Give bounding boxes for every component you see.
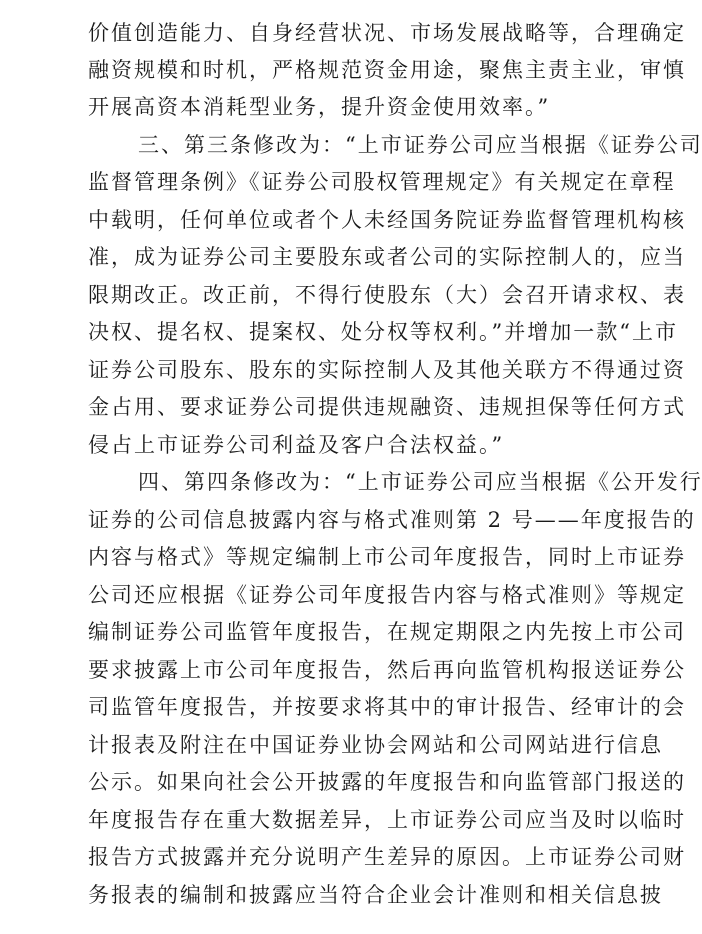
text-line: 金占用、要求证券公司提供违规融资、违规担保等任何方式 xyxy=(88,392,644,422)
text-line: 编制证券公司监管年度报告，在规定期限之内先按上市公司 xyxy=(88,617,644,647)
text-line: 内容与格式》等规定编制上市公司年度报告，同时上市证券 xyxy=(88,542,644,572)
text-line: 年度报告存在重大数据差异，上市证券公司应当及时以临时 xyxy=(88,805,644,835)
text-line: 证券公司股东、股东的实际控制人及其他关联方不得通过资 xyxy=(88,355,644,385)
text-line: 证券的公司信息披露内容与格式准则第 2 号——年度报告的 xyxy=(88,505,644,535)
text-line: 价值创造能力、自身经营状况、市场发展战略等，合理确定 xyxy=(88,18,644,48)
text-line: 公司还应根据《证券公司年度报告内容与格式准则》等规定 xyxy=(88,580,644,610)
text-line: 要求披露上市公司年度报告，然后再向监管机构报送证券公 xyxy=(88,655,644,685)
text-line: 务报表的编制和披露应当符合企业会计准则和相关信息披 xyxy=(88,880,644,910)
paragraph-start-line: 四、第四条修改为：“上市证券公司应当根据《公开发行 xyxy=(138,467,644,497)
text-line: 融资规模和时机，严格规范资金用途，聚焦主责主业，审慎 xyxy=(88,55,644,85)
text-line: 准，成为证券公司主要股东或者公司的实际控制人的，应当 xyxy=(88,242,644,272)
text-line: 限期改正。改正前，不得行使股东（大）会召开请求权、表 xyxy=(88,280,644,310)
text-line: 计报表及附注在中国证券业协会网站和公司网站进行信息 xyxy=(88,730,644,760)
text-line: 报告方式披露并充分说明产生差异的原因。上市证券公司财 xyxy=(88,842,644,872)
text-line: 侵占上市证券公司利益及客户合法权益。” xyxy=(88,430,644,460)
text-line: 司监管年度报告，并按要求将其中的审计报告、经审计的会 xyxy=(88,692,644,722)
text-line: 监督管理条例》《证券公司股权管理规定》有关规定在章程 xyxy=(88,167,644,197)
text-line: 中载明，任何单位或者个人未经国务院证券监督管理机构核 xyxy=(88,205,644,235)
document-page: 价值创造能力、自身经营状况、市场发展战略等，合理确定 融资规模和时机，严格规范资… xyxy=(0,0,702,934)
paragraph-start-line: 三、第三条修改为：“上市证券公司应当根据《证券公司 xyxy=(138,130,644,160)
text-line: 开展高资本消耗型业务，提升资金使用效率。” xyxy=(88,92,644,122)
text-line: 决权、提名权、提案权、处分权等权利。”并增加一款“上市 xyxy=(88,317,644,347)
text-line: 公示。如果向社会公开披露的年度报告和向监管部门报送的 xyxy=(88,767,644,797)
